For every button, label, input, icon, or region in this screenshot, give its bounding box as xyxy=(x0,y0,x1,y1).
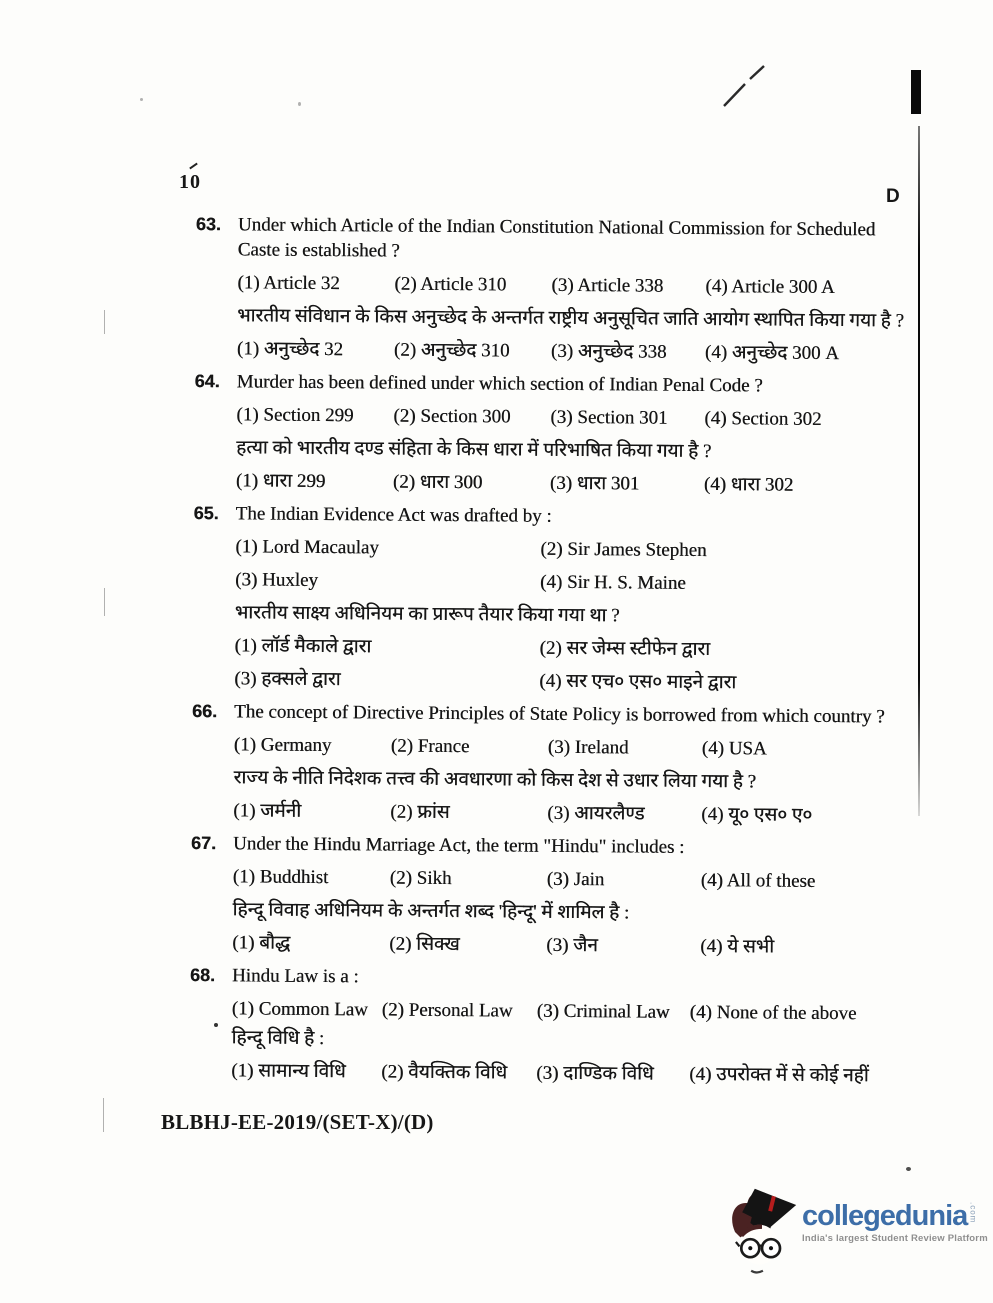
option-3-en: (3) Article 338 xyxy=(551,273,705,299)
scan-speck xyxy=(140,98,143,101)
option-1-hi: (1) धारा 299 xyxy=(236,468,393,494)
scan-pen-slash xyxy=(712,58,774,112)
question-text-hi: भारतीय संविधान के किस अनुच्छेद के अन्तर्… xyxy=(237,303,909,333)
question-text-hi: हिन्दू विवाह अधिनियम के अन्तर्गत शब्द 'ह… xyxy=(232,897,904,927)
option-2-en: (2) Sir James Stephen xyxy=(540,537,907,565)
options-en: (1) Article 32 (2) Article 310 (3) Artic… xyxy=(237,270,909,300)
question-number: 68. xyxy=(189,963,232,1083)
question-text-hi: हत्या को भारतीय दण्ड संहिता के किस धारा … xyxy=(236,435,908,465)
option-4-hi: (4) यू० एस० ए० xyxy=(701,802,905,829)
option-4-hi: (4) धारा 302 xyxy=(704,472,908,499)
question-64: 64. Murder has been defined under which … xyxy=(194,369,909,499)
question-67: 67. Under the Hindu Marriage Act, the te… xyxy=(190,831,905,961)
options-en: (1) Common Law (2) Personal Law (3) Crim… xyxy=(232,996,904,1026)
question-text-en: Murder has been defined under which sect… xyxy=(237,369,909,399)
scan-speck xyxy=(298,102,301,106)
option-4-hi: (4) उपरोक्त में से कोई नहीं xyxy=(689,1062,903,1089)
option-3-hi: (3) हक्सले द्वारा xyxy=(234,666,539,693)
options-hi: (1) बौद्ध (2) सिक्ख (3) जैन (4) ये सभी xyxy=(232,930,904,960)
question-number: 65. xyxy=(192,501,235,691)
option-3-en: (3) Criminal Law xyxy=(537,999,690,1025)
scan-edge-bar xyxy=(911,70,921,114)
option-3-en: (3) Jain xyxy=(547,867,701,893)
set-letter: D xyxy=(886,186,900,208)
option-2-en: (2) Article 310 xyxy=(394,272,551,298)
question-text-en: The concept of Directive Principles of S… xyxy=(234,699,906,729)
question-text-en: Hindu Law is a : xyxy=(232,963,904,993)
question-number: 66. xyxy=(191,699,234,823)
scan-speck xyxy=(104,588,105,616)
options-hi: (1) अनुच्छेद 32 (2) अनुच्छेद 310 (3) अनु… xyxy=(237,336,909,366)
question-text-hi: राज्य के नीति निदेशक तत्त्व की अवधारणा क… xyxy=(233,765,905,795)
option-2-en: (2) Personal Law xyxy=(382,997,537,1023)
question-66: 66. The concept of Directive Principles … xyxy=(191,699,906,829)
option-2-hi: (2) वैयक्तिक विधि xyxy=(381,1059,536,1085)
options-hi: (1) जर्मनी (2) फ्रांस (3) आयरलैण्ड (4) य… xyxy=(233,798,905,828)
scan-edge-line xyxy=(918,126,920,816)
scan-speck xyxy=(906,1167,911,1171)
option-2-hi: (2) अनुच्छेद 310 xyxy=(394,338,551,364)
paper-code: BLBHJ-EE-2019/(SET-X)/(D) xyxy=(161,1110,434,1135)
question-number: 64. xyxy=(194,369,237,493)
option-4-en: (4) None of the above xyxy=(690,1000,904,1027)
option-3-en: (3) Ireland xyxy=(548,735,702,761)
option-4-hi: (4) ये सभी xyxy=(700,934,904,961)
option-2-en: (2) Sikh xyxy=(390,866,547,892)
option-2-hi: (2) फ्रांस xyxy=(390,800,547,826)
question-text-en: Under the Hindu Marriage Act, the term "… xyxy=(233,831,905,861)
brand-name: collegedunia xyxy=(802,1202,967,1230)
question-68: 68. Hindu Law is a : (1) Common Law (2) … xyxy=(189,963,904,1089)
question-text-hi: हिन्दू विधि है : xyxy=(231,1025,903,1055)
brand-tagline: India's largest Student Review Platform xyxy=(802,1233,988,1244)
options-en: (1) Buddhist (2) Sikh (3) Jain (4) All o… xyxy=(233,864,905,894)
option-4-en: (4) USA xyxy=(702,736,906,763)
option-4-en: (4) Article 300 A xyxy=(705,274,909,301)
question-list: 63. Under which Article of the Indian Co… xyxy=(189,212,910,1097)
scan-speck xyxy=(103,1098,104,1132)
options-hi: (1) धारा 299 (2) धारा 300 (3) धारा 301 (… xyxy=(236,468,908,498)
option-3-hi: (3) अनुच्छेद 338 xyxy=(551,339,705,365)
question-number: 67. xyxy=(190,831,233,955)
option-2-en: (2) Section 300 xyxy=(393,404,550,430)
option-1-hi: (1) जर्मनी xyxy=(233,798,390,824)
option-2-hi: (2) सिक्ख xyxy=(389,932,546,958)
option-4-en: (4) Section 302 xyxy=(704,406,908,433)
question-63: 63. Under which Article of the Indian Co… xyxy=(195,212,910,367)
option-4-hi: (4) सर एच० एस० माइने द्वारा xyxy=(539,669,906,697)
option-1-hi: (1) सामान्य विधि xyxy=(231,1058,381,1084)
option-1-hi: (1) अनुच्छेद 32 xyxy=(237,336,394,362)
option-4-en: (4) Sir H. S. Maine xyxy=(540,570,907,598)
option-1-hi: (1) बौद्ध xyxy=(232,930,389,956)
option-1-en: (1) Section 299 xyxy=(236,402,393,428)
option-1-hi: (1) लॉर्ड मैकाले द्वारा xyxy=(234,633,539,660)
option-1-en: (1) Common Law xyxy=(232,996,382,1022)
option-1-en: (1) Article 32 xyxy=(237,270,394,296)
option-2-hi: (2) धारा 300 xyxy=(393,470,550,496)
question-text-hi: भारतीय साक्ष्य अधिनियम का प्रारूप तैयार … xyxy=(235,600,907,630)
scan-speck xyxy=(104,310,105,334)
exam-paper-page: 10 D BLBHJ-EE-2019/(SET-X)/(D) 63. Under… xyxy=(0,0,993,1303)
options-en: (1) Lord Macaulay (2) Sir James Stephen … xyxy=(235,534,907,597)
options-hi: (1) सामान्य विधि (2) वैयक्तिक विधि (3) द… xyxy=(231,1058,903,1088)
option-3-en: (3) Section 301 xyxy=(550,405,704,431)
option-4-hi: (4) अनुच्छेद 300 A xyxy=(705,340,909,367)
option-3-hi: (3) दाण्डिक विधि xyxy=(536,1061,689,1087)
options-hi: (1) लॉर्ड मैकाले द्वारा (2) सर जेम्स स्ट… xyxy=(234,633,906,696)
option-1-en: (1) Germany xyxy=(234,732,391,758)
options-en: (1) Section 299 (2) Section 300 (3) Sect… xyxy=(236,402,908,432)
question-text-en: The Indian Evidence Act was drafted by : xyxy=(236,501,908,531)
scan-tick-mark xyxy=(189,163,198,170)
option-3-hi: (3) आयरलैण्ड xyxy=(547,801,701,827)
option-4-en: (4) All of these xyxy=(701,868,905,895)
page-number: 10 xyxy=(179,171,201,194)
option-3-hi: (3) धारा 301 xyxy=(550,471,704,497)
option-1-en: (1) Buddhist xyxy=(233,864,390,890)
brand-suffix: .com xyxy=(968,1202,976,1223)
question-text-en: Under which Article of the Indian Consti… xyxy=(238,212,910,267)
option-3-hi: (3) जैन xyxy=(546,933,700,959)
option-2-hi: (2) सर जेम्स स्टीफेन द्वारा xyxy=(539,636,906,664)
collegedunia-mascot-icon xyxy=(726,1186,798,1278)
question-number: 63. xyxy=(195,212,238,361)
collegedunia-logo: collegedunia .com India's largest Studen… xyxy=(726,1186,988,1278)
option-3-en: (3) Huxley xyxy=(235,567,540,594)
option-1-en: (1) Lord Macaulay xyxy=(235,534,540,561)
question-65: 65. The Indian Evidence Act was drafted … xyxy=(192,501,907,697)
options-en: (1) Germany (2) France (3) Ireland (4) U… xyxy=(234,732,906,762)
option-2-en: (2) France xyxy=(391,734,548,760)
